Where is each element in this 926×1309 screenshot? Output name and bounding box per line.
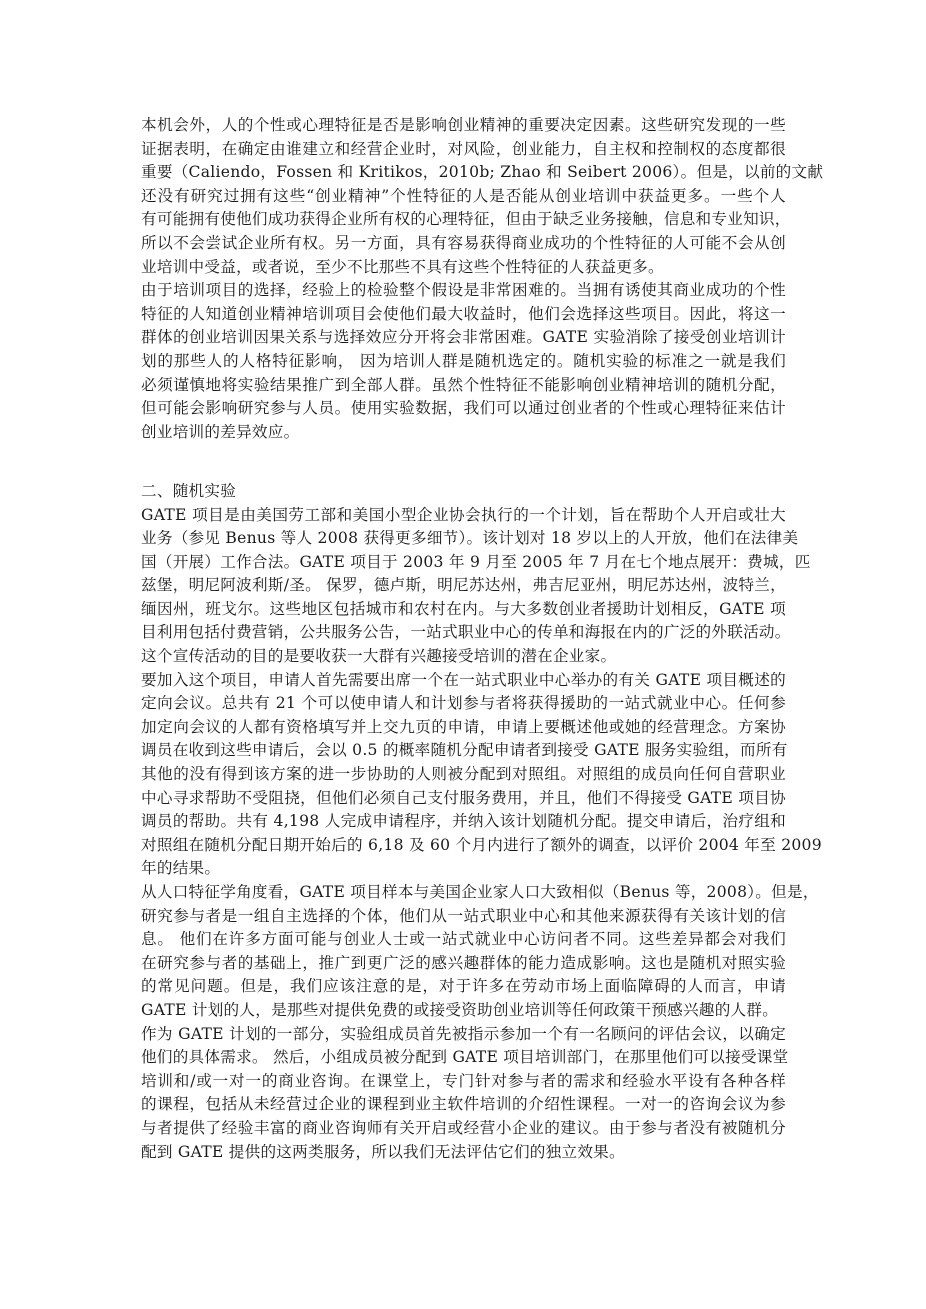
paragraph-treatment-services: 作为 GATE 计划的一部分，实验组成员首先被指示参加一个有一名顾问的评估会议，… [141,1023,791,1165]
text-line: 培训和/或一对一的商业咨询。在课堂上，专门针对参与者的需求和经验水平设有各种各样 [141,1070,786,1094]
text-line: 研究参与者是一组自主选择的个体，他们从一站式职业中心和其他来源获得有关该计划的信 [141,905,786,929]
paragraph-personality-factors: 本机会外，人的个性或心理特征是否是影响创业精神的重要决定因素。这些研究发现的一些… [141,114,791,279]
text-line: 本机会外，人的个性或心理特征是否是影响创业精神的重要决定因素。这些研究发现的一些 [141,114,786,138]
text-line: 证据表明，在确定由谁建立和经营企业时，对风险，创业能力，自主权和控制权的态度都很 [141,138,786,162]
paragraph-application-process: 要加入这个项目，申请人首先需要出席一个在一站式职业中心举办的有关 GATE 项目… [141,669,791,881]
text-line: 由于培训项目的选择，经验上的检验整个假设是非常困难的。当拥有诱使其商业成功的个性 [141,279,786,303]
blank-line [141,468,791,480]
text-line: 定向会议。总共有 21 个可以使申请人和计划参与者将获得援助的一站式就业中心。任… [141,692,786,716]
text-line: 调员的帮助。共有 4,198 人完成申请程序，并纳入该计划随机分配。提交申请后，… [141,810,786,834]
text-line: 要加入这个项目，申请人首先需要出席一个在一站式职业中心举办的有关 GATE 项目… [141,669,786,693]
text-line: GATE 项目是由美国劳工部和美国小型企业协会执行的一个计划，旨在帮助个人开启或… [141,504,786,528]
text-line: 与者提供了经验丰富的商业咨询师有关开启或经营小企业的建议。由于参与者没有被随机分 [141,1117,786,1141]
text-line: 配到 GATE 提供的这两类服务，所以我们无法评估它们的独立效果。 [141,1141,791,1165]
text-line: 还没有研究过拥有这些“创业精神”个性特征的人是否能从创业培训中获益更多。一些个人 [141,185,786,209]
text-line: 他们的具体需求。 然后，小组成员被分配到 GATE 项目培训部门，在那里他们可以… [141,1046,786,1070]
blank-line [141,444,791,468]
text-line: 有可能拥有使他们成功获得企业所有权的心理特征，但由于缺乏业务接触，信息和专业知识… [141,208,786,232]
paragraph-gate-overview: GATE 项目是由美国劳工部和美国小型企业协会执行的一个计划，旨在帮助个人开启或… [141,504,791,669]
text-line: 调员在收到这些申请后，会以 0.5 的概率随机分配申请者到接受 GATE 服务实… [141,739,786,763]
text-line: 所以不会尝试企业所有权。另一方面，具有容易获得商业成功的个性特征的人可能不会从创 [141,232,786,256]
text-line: 对照组在随机分配日期开始后的 6,18 及 60 个月内进行了额外的调查，以评价… [141,834,786,858]
text-line: 国（开展）工作合法。GATE 项目于 2003 年 9 月至 2005 年 7 … [141,551,786,575]
text-line: 加定向会议的人都有资格填写并上交九页的申请，申请上要概述他或她的经营理念。方案协 [141,716,786,740]
text-line: 中心寻求帮助不受阻挠，但他们必须自己支付服务费用，并且，他们不得接受 GATE … [141,787,786,811]
text-line: 这个宣传活动的目的是要收获一大群有兴趣接受培训的潜在企业家。 [141,645,791,669]
text-line: 但可能会影响研究参与人员。使用实验数据，我们可以通过创业者的个性或心理特征来估计 [141,397,786,421]
text-line: 特征的人知道创业精神培训项目会使他们最大收益时，他们会选择这些项目。因此，将这一 [141,303,786,327]
document-page: 本机会外，人的个性或心理特征是否是影响创业精神的重要决定因素。这些研究发现的一些… [141,114,791,1164]
text-line: 从人口特征学角度看，GATE 项目样本与美国企业家人口大致相似（Benus 等，… [141,881,786,905]
paragraph-demographics: 从人口特征学角度看，GATE 项目样本与美国企业家人口大致相似（Benus 等，… [141,881,791,1023]
text-line: 业务（参见 Benus 等人 2008 获得更多细节）。该计划对 18 岁以上的… [141,527,786,551]
text-line: 兹堡，明尼阿波利斯/圣。 保罗，德卢斯，明尼苏达州，弗吉尼亚州，明尼苏达州，波特… [141,574,786,598]
text-line: 息。 他们在许多方面可能与创业人士或一站式就业中心访问者不同。这些差异都会对我们 [141,928,786,952]
text-line: 作为 GATE 计划的一部分，实验组成员首先被指示参加一个有一名顾问的评估会议，… [141,1023,786,1047]
text-line: 在研究参与者的基础上，推广到更广泛的感兴趣群体的能力造成影响。这也是随机对照实验 [141,952,786,976]
text-line: 创业培训的差异效应。 [141,421,791,445]
text-line: 重要（Caliendo，Fossen 和 Kritikos，2010b; Zha… [141,161,786,185]
text-line: 群体的创业培训因果关系与选择效应分开将会非常困难。GATE 实验消除了接受创业培… [141,326,786,350]
text-line: 缅因州，班戈尔。这些地区包括城市和农村在内。与大多数创业者援助计划相反，GATE… [141,598,786,622]
section-heading: 二、随机实验 [141,480,791,504]
text-line: 年的结果。 [141,857,791,881]
text-line: GATE 计划的人，是那些对提供免费的或接受资助创业培训等任何政策干预感兴趣的人… [141,999,791,1023]
paragraph-selection-effect: 由于培训项目的选择，经验上的检验整个假设是非常困难的。当拥有诱使其商业成功的个性… [141,279,791,444]
text-line: 的课程，包括从未经营过企业的课程到业主软件培训的介绍性课程。一对一的咨询会议为参 [141,1093,786,1117]
text-line: 的常见问题。但是，我们应该注意的是，对于许多在劳动市场上面临障碍的人而言，申请 [141,975,786,999]
text-line: 目利用包括付费营销，公共服务公告，一站式职业中心的传单和海报在内的广泛的外联活动… [141,621,786,645]
text-line: 其他的没有得到该方案的进一步协助的人则被分配到对照组。对照组的成员向任何自营职业 [141,763,786,787]
text-line: 必须谨慎地将实验结果推广到全部人群。虽然个性特征不能影响创业精神培训的随机分配， [141,374,786,398]
text-line: 划的那些人的人格特征影响， 因为培训人群是随机选定的。随机实验的标准之一就是我们 [141,350,786,374]
text-line: 业培训中受益，或者说，至少不比那些不具有这些个性特征的人获益更多。 [141,256,791,280]
